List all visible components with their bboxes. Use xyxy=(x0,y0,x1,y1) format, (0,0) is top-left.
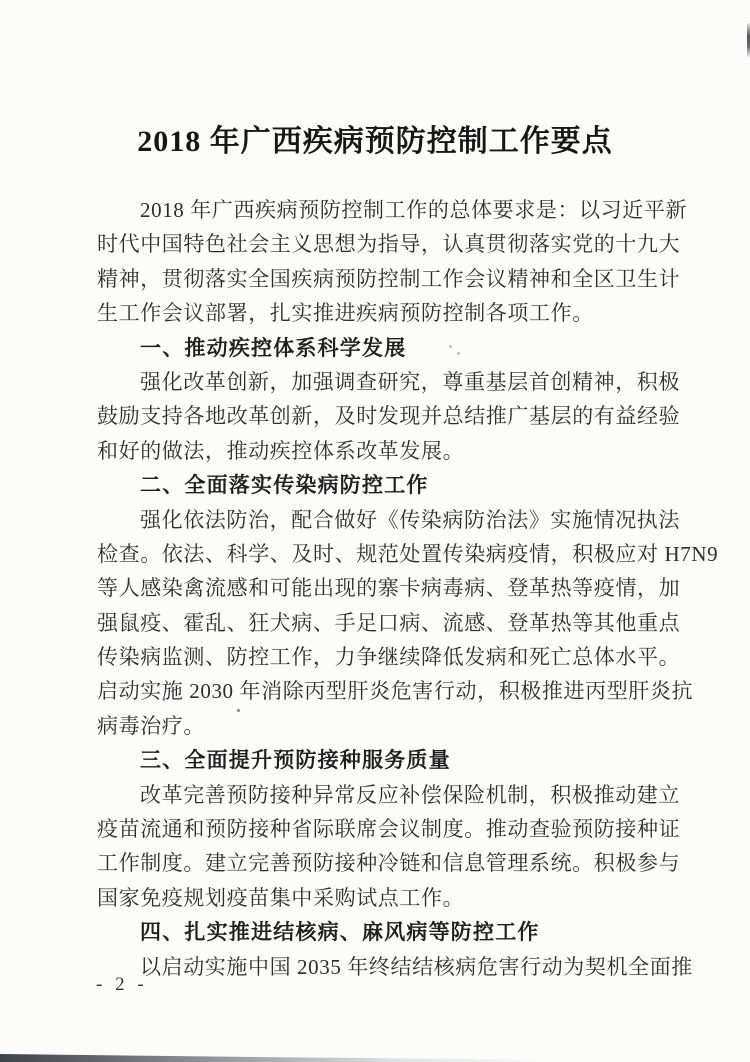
section-heading: 四、扎实推进结核病、麻风病等防控工作 xyxy=(97,915,659,949)
section-heading: 一、推动疾控体系科学发展 xyxy=(97,331,659,365)
scan-speck xyxy=(237,709,240,712)
text-line: 时代中国特色社会主义思想为指导，认真贯彻落实党的十九大 xyxy=(97,227,659,261)
text-line: 强化依法防治，配合做好《传染病防治法》实施情况执法 xyxy=(97,503,659,537)
text-line: 改革完善预防接种异常反应补偿保险机制，积极推动建立 xyxy=(97,778,659,812)
text-line: 鼓励支持各地改革创新，及时发现并总结推广基层的有益经验 xyxy=(97,399,659,433)
text-line: 生工作会议部署，扎实推进疾病预防控制各项工作。 xyxy=(97,296,659,330)
text-line: 强化改革创新，加强调查研究，尊重基层首创精神，积极 xyxy=(97,365,659,399)
text-line: 以启动实施中国 2035 年终结结核病危害行动为契机全面推 xyxy=(97,950,659,984)
text-line: 疫苗流通和预防接种省际联席会议制度。推动查验预防接种证 xyxy=(97,812,659,846)
text-line: 传染病监测、防控工作，力争继续降低发病和死亡总体水平。 xyxy=(97,640,659,674)
section-heading: 三、全面提升预防接种服务质量 xyxy=(97,743,659,777)
scanned-document-page: 2018 年广西疾病预防控制工作要点 2018 年广西疾病预防控制工作的总体要求… xyxy=(0,0,750,1062)
text-line: 检查。依法、科学、及时、规范处置传染病疫情，积极应对 H7N9 xyxy=(97,537,659,571)
scan-speck xyxy=(163,697,165,701)
document-title: 2018 年广西疾病预防控制工作要点 xyxy=(0,116,750,160)
text-line: 病毒治疗。 xyxy=(97,709,659,743)
scan-bottom-edge-artifact xyxy=(0,1054,552,1062)
text-line: 精神，贯彻落实全国疾病预防控制工作会议精神和全区卫生计 xyxy=(97,262,659,296)
scan-speck xyxy=(457,352,460,355)
section-heading: 二、全面落实传染病防控工作 xyxy=(97,468,659,502)
document-body: 2018 年广西疾病预防控制工作的总体要求是：以习近平新时代中国特色社会主义思想… xyxy=(97,193,659,984)
text-line: 2018 年广西疾病预防控制工作的总体要求是：以习近平新 xyxy=(97,193,659,227)
text-line: 等人感染禽流感和可能出现的寨卡病毒病、登革热等疫情，加 xyxy=(97,571,659,605)
text-line: 和好的做法，推动疾控体系改革发展。 xyxy=(97,434,659,468)
text-line: 国家免疫规划疫苗集中采购试点工作。 xyxy=(97,881,659,915)
text-line: 工作制度。建立完善预防接种冷链和信息管理系统。积极参与 xyxy=(97,846,659,880)
text-line: 强鼠疫、霍乱、狂犬病、手足口病、流感、登革热等其他重点 xyxy=(97,606,659,640)
text-line: 启动实施 2030 年消除丙型肝炎危害行动，积极推进丙型肝炎抗 xyxy=(97,674,659,708)
page-number: - 2 - xyxy=(96,974,148,996)
scan-speck xyxy=(449,345,452,348)
scan-speck xyxy=(262,514,264,516)
